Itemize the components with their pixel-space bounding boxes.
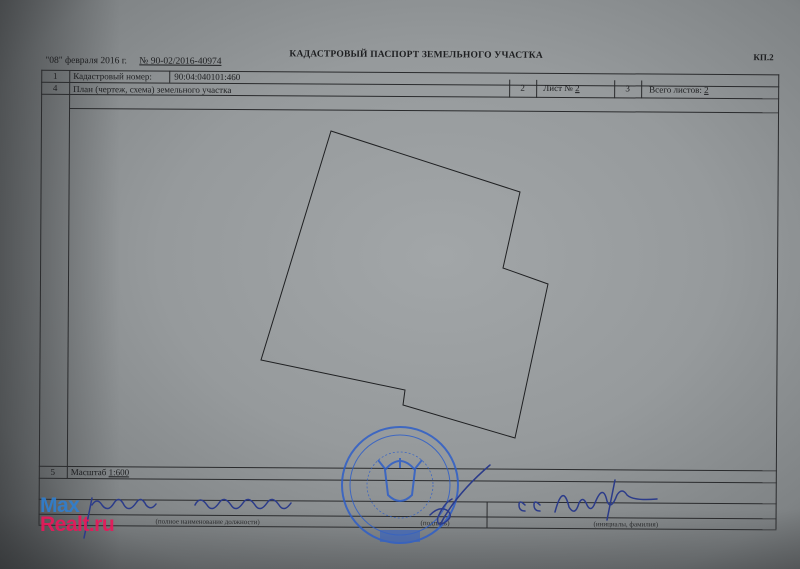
handwritten-surname [555, 480, 657, 520]
land-plot-boundary [261, 131, 548, 438]
handwritten-position-word2 [195, 499, 291, 508]
signature-loop [430, 499, 452, 524]
signature-stroke [440, 465, 490, 525]
handwriting [84, 465, 657, 538]
watermark-logo: Max Realt.ru [40, 496, 114, 534]
land-plot-plan [0, 0, 800, 569]
official-stamp [342, 427, 458, 543]
handwritten-initials [519, 502, 540, 511]
watermark-realt: Realt.ru [40, 515, 114, 534]
